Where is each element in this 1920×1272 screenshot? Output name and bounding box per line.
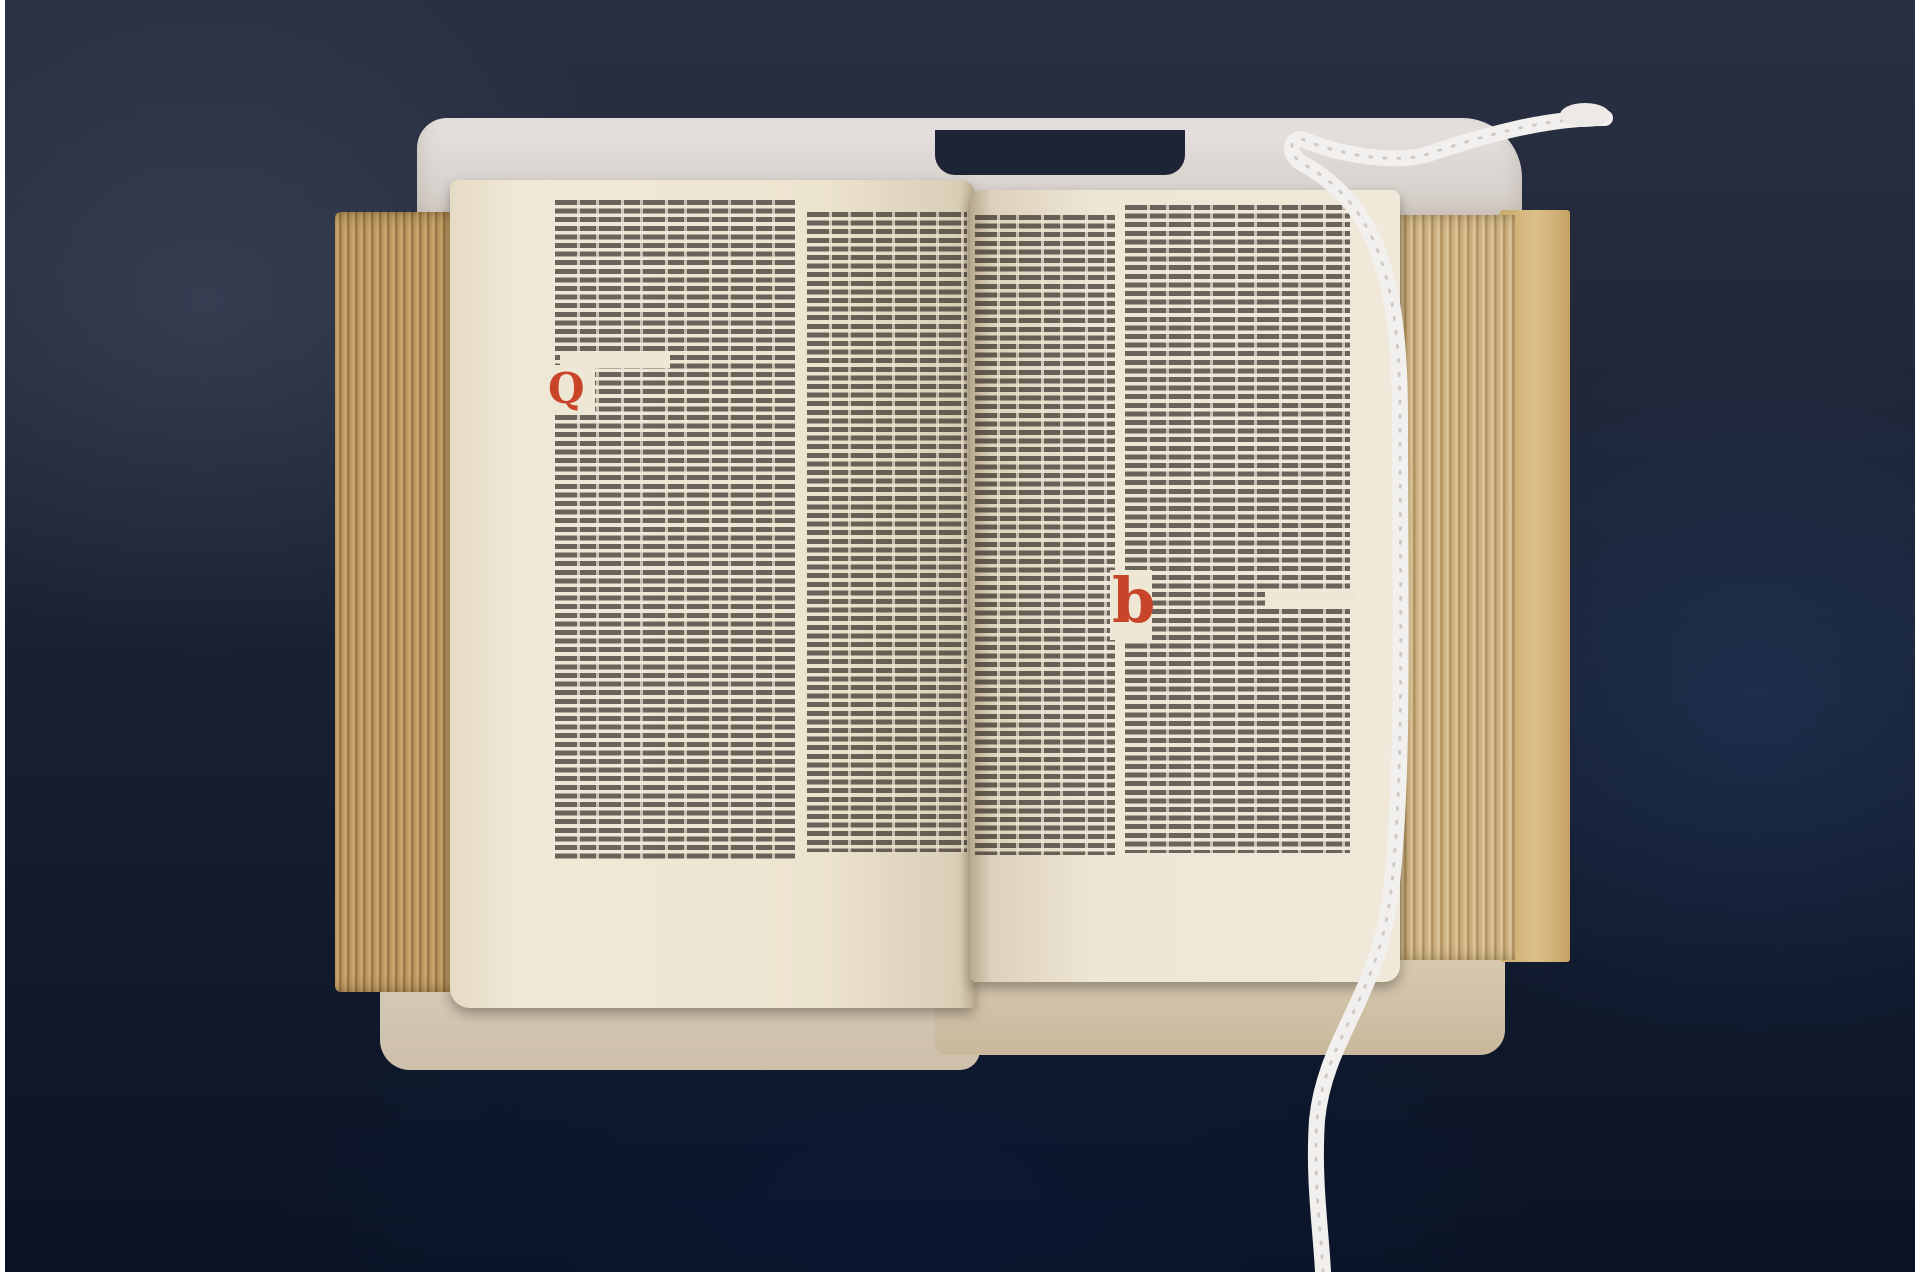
photograph: Q b [5, 0, 1915, 1272]
string-weight [5, 0, 1915, 1272]
